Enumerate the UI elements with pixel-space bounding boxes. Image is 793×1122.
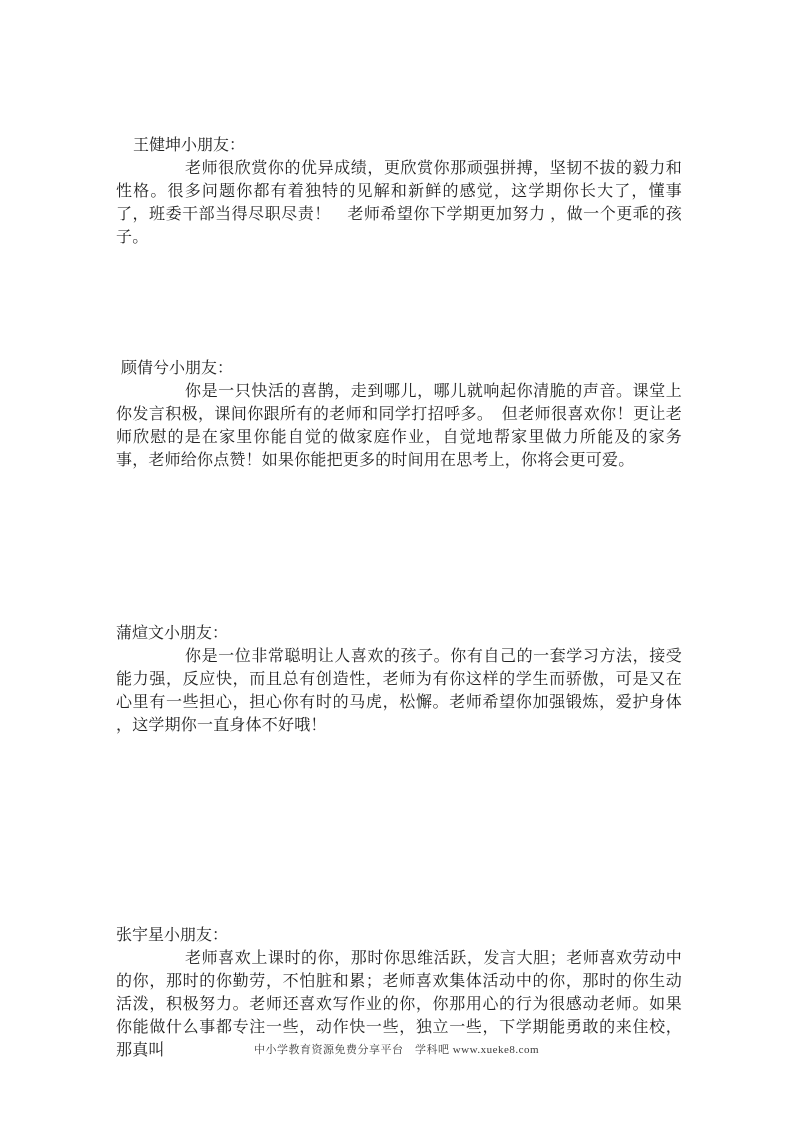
comment-text: 老师很欣赏你的优异成绩，更欣赏你那顽强拼搏，坚韧不拔的毅力和性格。很多问题你都有… <box>116 157 682 249</box>
document-content: 王健坤小朋友： 老师很欣赏你的优异成绩，更欣赏你那顽强拼搏，坚韧不拔的毅力和性格… <box>116 134 682 1062</box>
comment-text: 你是一只快活的喜鹊，走到哪儿，哪儿就响起你清脆的声音。课堂上你发言积极，课间你跟… <box>116 380 682 472</box>
comment-section: 蒲煊文小朋友： 你是一位非常聪明让人喜欢的孩子。你有自己的一套学习方法，接受能力… <box>116 622 682 737</box>
comment-section: 张宇星小朋友： 老师喜欢上课时的你，那时你思维活跃，发言大胆；老师喜欢劳动中的你… <box>116 924 682 1062</box>
footer-watermark: 中小学教育资源免费分享平台 学科吧 www.xueke8.com <box>0 1043 793 1057</box>
student-name-heading: 顾倩兮小朋友： <box>116 357 682 380</box>
student-name-heading: 王健坤小朋友： <box>116 134 682 157</box>
comment-section: 王健坤小朋友： 老师很欣赏你的优异成绩，更欣赏你那顽强拼搏，坚韧不拔的毅力和性格… <box>116 134 682 249</box>
student-name-heading: 张宇星小朋友： <box>116 924 682 947</box>
document-page: 王健坤小朋友： 老师很欣赏你的优异成绩，更欣赏你那顽强拼搏，坚韧不拔的毅力和性格… <box>0 0 793 1122</box>
comment-section: 顾倩兮小朋友： 你是一只快活的喜鹊，走到哪儿，哪儿就响起你清脆的声音。课堂上你发… <box>116 357 682 472</box>
student-name-heading: 蒲煊文小朋友： <box>116 622 682 645</box>
comment-text: 你是一位非常聪明让人喜欢的孩子。你有自己的一套学习方法，接受能力强，反应快，而且… <box>116 645 682 737</box>
